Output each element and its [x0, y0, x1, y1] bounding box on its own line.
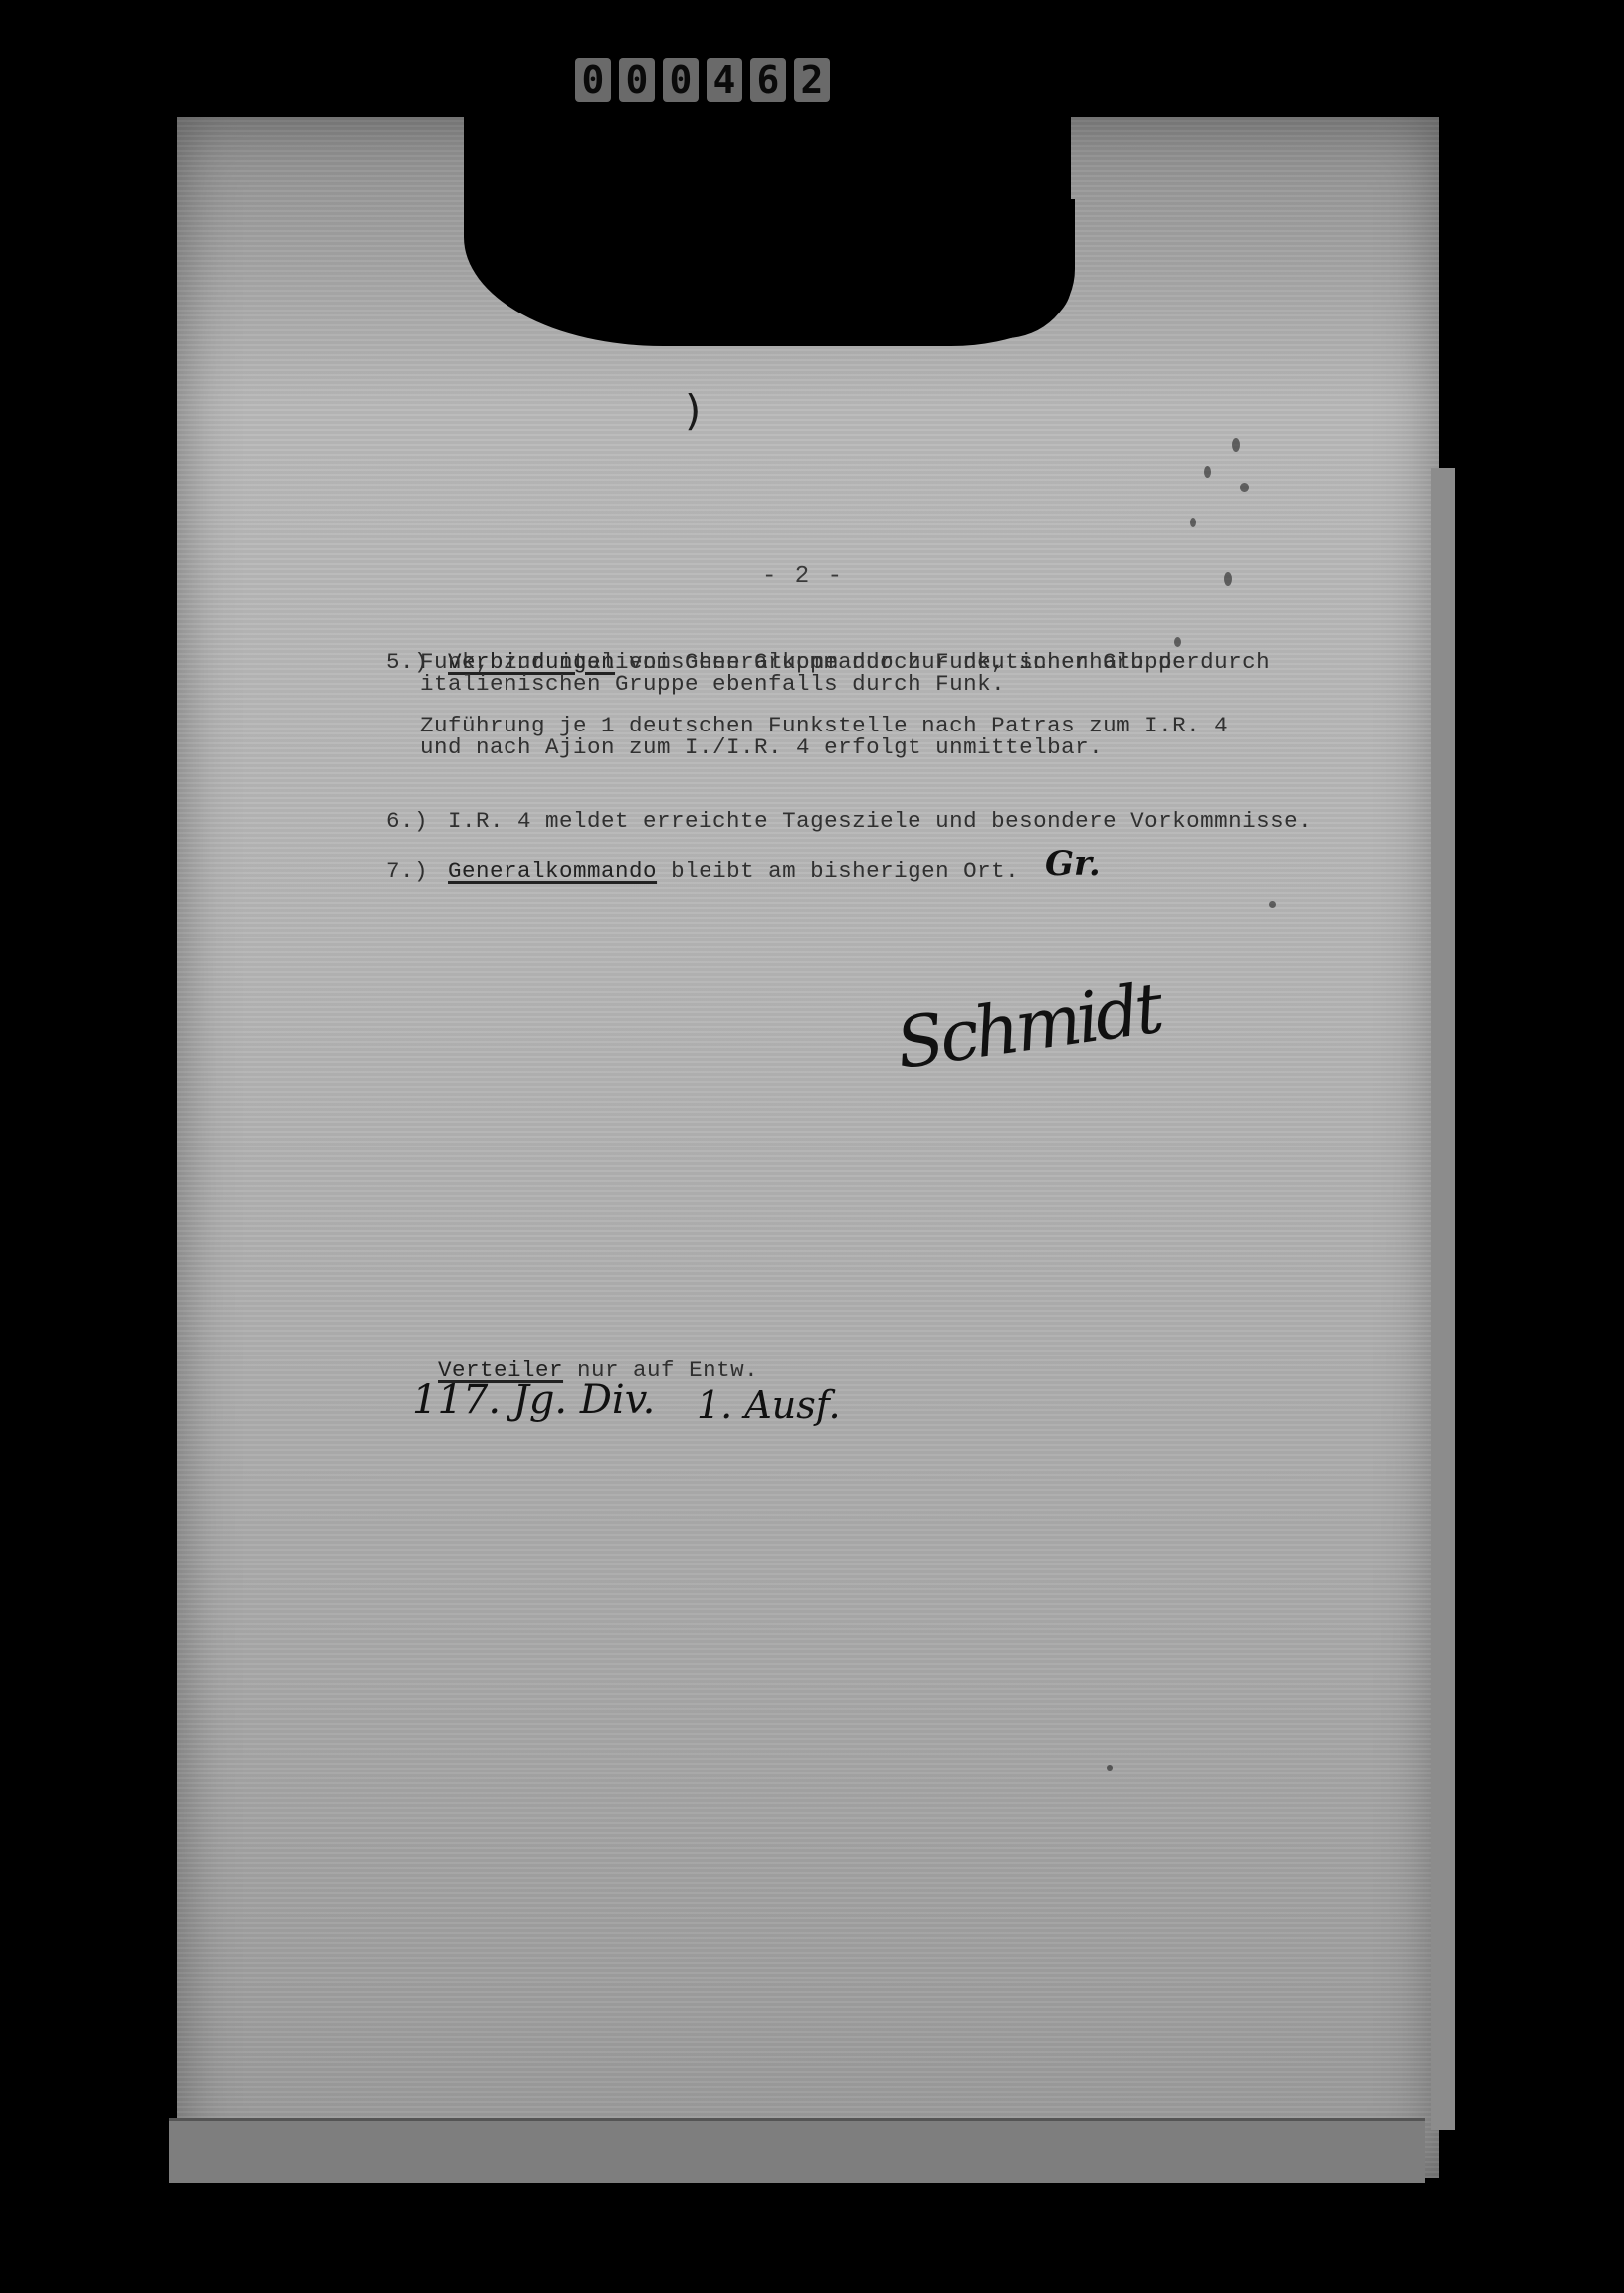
handwritten-initials: Gr. — [1045, 844, 1101, 884]
item-5-line-2: Funk, zur italienischen Gruppe durch Fun… — [420, 651, 1200, 673]
handwritten-recipient: 117. Jg. Div. — [412, 1377, 655, 1423]
item-5-line-3: italienischen Gruppe ebenfalls durch Fun… — [420, 673, 1005, 695]
stamp-digit: 4 — [707, 58, 742, 102]
page-number: - 2 - — [762, 563, 844, 590]
stamp-digit: 0 — [575, 58, 611, 102]
item-text: bleibt am bisherigen Ort. — [657, 858, 1019, 884]
torn-top-edge-tail — [935, 199, 1075, 338]
pencil-bracket-mark: ) — [685, 386, 701, 435]
page-fold-strip — [169, 2118, 1425, 2183]
stamp-digit: 0 — [663, 58, 699, 102]
distribution-line: Verteiler nur auf Entw. — [410, 1338, 758, 1381]
item-6: 6.)I.R. 4 meldet erreichte Tagesziele un… — [358, 788, 1312, 832]
stamp-digit: 2 — [794, 58, 830, 102]
stamp-digit: 6 — [750, 58, 786, 102]
item-text: I.R. 4 meldet erreichte Tagesziele und b… — [448, 808, 1312, 834]
item-5-sub-line-2: und nach Ajion zum I./I.R. 4 erfolgt unm… — [420, 736, 1103, 758]
item-heading: Generalkommando — [448, 858, 657, 884]
archive-frame-number: 0 0 0 4 6 2 — [575, 58, 830, 102]
underlying-page-edge — [1431, 468, 1455, 2130]
stamp-digit: 0 — [619, 58, 655, 102]
item-number: 7.) — [386, 860, 448, 882]
item-number: 6.) — [386, 810, 448, 832]
handwritten-copies: 1. Ausf. — [697, 1383, 841, 1427]
document-page — [177, 117, 1439, 2178]
item-5-sub-line-1: Zuführung je 1 deutschen Funkstelle nach… — [420, 715, 1228, 736]
item-7: 7.)Generalkommando bleibt am bisherigen … — [358, 838, 1019, 882]
